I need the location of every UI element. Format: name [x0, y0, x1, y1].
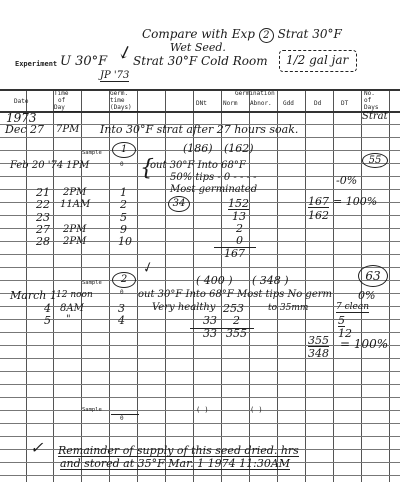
compare-note-text: Compare with Exp [142, 27, 255, 41]
sample-2-circled-total: 63 [358, 265, 388, 287]
s1-row6-norm: 0 [236, 235, 243, 246]
sample-2-number: 2 [112, 272, 136, 288]
s2-ratio-den: 348 [308, 348, 329, 359]
s2-row0-date: March 1 [10, 290, 57, 301]
s1-row6-date: 28 [36, 236, 50, 247]
s1-row3-time: 11AM [60, 200, 90, 210]
sample-3-label: Sample [82, 408, 102, 414]
s2-row2-norm: 2 [233, 315, 240, 326]
col-norm: Norm [223, 101, 237, 107]
col-time-line: Day [54, 104, 80, 112]
s2-row1-time: 8AM [60, 304, 84, 314]
s2-row0-note: out 30°F Into 68°F Most tips No germ [138, 290, 332, 300]
s1-row2-date: 21 [36, 187, 50, 198]
experiment-sub: JP '73 [100, 71, 129, 82]
grid-line [0, 137, 400, 138]
s1-row6-germ-days: 10 [118, 236, 132, 247]
s2-row1-abnor-note: to 35mm [268, 304, 308, 313]
s2-row2-date: 5 [44, 315, 51, 326]
intro-note: Into 30°F strat after 27 hours soak. [100, 124, 298, 135]
s2-row0-days: 0% [358, 290, 375, 301]
s1-row0-note: out 30°F Into 68°F [150, 161, 246, 171]
grid-line [0, 358, 400, 359]
grid-line [0, 228, 400, 229]
s1-row3-norm: 152 [228, 198, 249, 210]
grid-line [0, 436, 400, 437]
grid-line [0, 397, 400, 398]
s1-row3-germ-days: 2 [120, 199, 127, 210]
col-germ-line: (Days) [110, 104, 140, 112]
col-abnor: Abnor. [250, 101, 272, 107]
s1-row1-note: 50% tips - 0 - - - - [170, 173, 256, 183]
intro-time: 7PM [56, 125, 79, 135]
s1-row4-dd: 162 [308, 210, 329, 221]
s2-ratio-num: 355 [308, 335, 329, 347]
intro-date: Dec 27 [5, 124, 44, 135]
col-dt: DT [341, 101, 348, 107]
col-time-of-day: Time of Day [54, 90, 80, 112]
sample-1-circled-total: 55 [362, 153, 388, 168]
grid-line [0, 267, 400, 268]
s2-row2-days: 5 [338, 315, 345, 327]
col-time-line: of [54, 97, 80, 104]
s2-row2-time: " [66, 315, 71, 325]
s1-row5-date: 27 [36, 224, 50, 235]
s1-row1-days: -0% [336, 175, 357, 186]
col-gdd: Gdd [283, 101, 294, 107]
s1-row5-time: 2PM [63, 225, 86, 235]
s2-row0-germ-days: 0 [120, 290, 124, 296]
s1-row3-circled: 34 [168, 196, 190, 212]
s2-row2-dnt: 33 [203, 315, 217, 326]
s1-row0-time: 1PM [66, 161, 89, 171]
s1-row5-norm: 2 [236, 223, 243, 234]
sample-3-paren-b: ( ) [250, 407, 263, 414]
circled-exp-number: 2 [259, 28, 274, 43]
footer-line-1: Remainder of supply of this seed dried. … [58, 445, 299, 457]
s2-row1-note: Very healthy [152, 303, 215, 313]
col-germination: Germination [235, 91, 275, 97]
sample-3-paren-a: ( ) [196, 407, 209, 414]
sample-3-number-line [111, 414, 139, 415]
check-mark-icon: ✓ [30, 440, 43, 456]
s2-row3-norm: 355 [226, 328, 247, 339]
col-dnt: DNt [196, 101, 207, 107]
col-germ-time: Germ. time (Days) [110, 90, 140, 112]
sample-1-paren-a: (186) [183, 143, 213, 154]
sample-2-paren-a: ( 400 ) [196, 275, 233, 286]
s2-row1-date: 4 [44, 303, 51, 314]
s1-row3-date: 22 [36, 199, 50, 210]
s2-row3-dnt: 33 [203, 328, 217, 339]
s1-row4-date: 23 [36, 212, 50, 223]
sample-3-germ-days: 0 [120, 416, 124, 422]
s1-row2-time: 2PM [63, 188, 86, 198]
col-no-of-days: No. of Days [364, 90, 388, 112]
wet-seed-note: Wet Seed. [170, 42, 226, 53]
s1-row0-germ-days: 0 [120, 162, 124, 168]
s1-row4-germ-days: 5 [120, 212, 127, 223]
footer-line-2: and stored at 35°F Mar. 1 1974 11:30AM [60, 458, 290, 470]
s1-row2-germ-days: 1 [120, 187, 127, 198]
s2-row1-days: 7 clean [336, 303, 369, 313]
col-time-line: Time [54, 90, 80, 97]
grid-line [0, 254, 400, 255]
s1-row3-dd: 167 [308, 196, 329, 208]
s1-row0-date: Feb 20 '74 [10, 161, 63, 171]
sample-1-paren-b: (162) [224, 143, 254, 154]
s2-row1-norm: 253 [223, 303, 244, 314]
grid-line [0, 475, 400, 476]
s2-ratio-result: = 100% [340, 338, 388, 350]
s2-row0-time: 12 noon [56, 291, 93, 300]
s2-row1-germ-days: 3 [118, 303, 125, 314]
s2-row2-germ-days: 4 [118, 315, 125, 326]
sample-1-label: Sample [82, 151, 102, 157]
s1-row6-time: 2PM [63, 237, 86, 247]
sample-2-label: Sample [82, 281, 102, 287]
col-germ-line: time [110, 97, 140, 104]
sample-2-paren-b: ( 348 ) [252, 275, 289, 286]
s1-row4-norm: 13 [232, 211, 246, 222]
s1-row2-note: Most germinated [170, 185, 257, 195]
grid-line [0, 241, 400, 242]
col-germ-line: Germ. [110, 90, 140, 97]
sample-1-number: 1 [112, 142, 136, 158]
grid-line [0, 215, 400, 216]
col-days-line: No. [364, 90, 388, 97]
s1-row3-result: = 100% [333, 196, 377, 207]
experiment-label: Experiment [15, 61, 57, 68]
grid-line [0, 384, 400, 385]
jar-note: 1/2 gal jar [286, 54, 348, 66]
strat-note: Strat 30°F Cold Room [133, 55, 268, 67]
intro-days-note: Strat [362, 112, 388, 122]
grid-line [0, 423, 400, 424]
s1-row5-germ-days: 9 [120, 224, 127, 235]
col-dd: Dd [314, 101, 321, 107]
compare-note-tail: Strat 30°F [278, 27, 342, 41]
check-mark-icon: ✓ [140, 260, 155, 276]
grid-line [0, 371, 400, 372]
s1-total-norm: 167 [224, 248, 245, 259]
col-days-line: of [364, 97, 388, 104]
col-date: Date [14, 99, 28, 105]
experiment-value: U 30°F [60, 55, 107, 68]
